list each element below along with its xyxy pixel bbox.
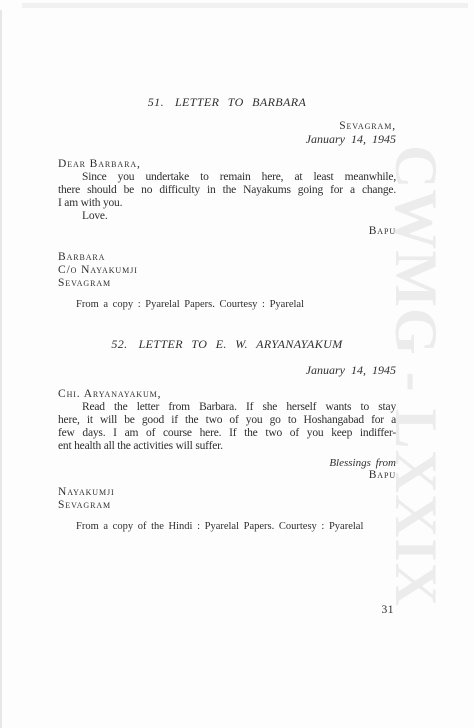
letter-51-title: LETTER TO BARBARA (175, 95, 306, 109)
letter-51-salutation: Dear Barbara, (58, 158, 396, 171)
letter-51-heading: 51.LETTER TO BARBARA (58, 95, 396, 109)
address-line: Sevagram (58, 499, 396, 512)
letter-51-source: From a copy : Pyarelal Papers. Courtesy … (58, 299, 396, 311)
address-line: C/o Nayakumji (58, 264, 396, 277)
address-line: Sevagram (58, 277, 396, 290)
letter-52-source: From a copy of the Hindi : Pyarelal Pape… (58, 521, 396, 533)
letter-51: 51.LETTER TO BARBARA Sevagram, January 1… (58, 95, 396, 311)
letter-52: 52.LETTER TO E. W. ARYANAYAKUM January 1… (58, 337, 396, 533)
letter-52-salutation: Chi. Aryanayakum, (58, 388, 396, 401)
letter-52-body: Read the letter from Barbara. If she her… (58, 401, 396, 453)
letter-52-signature: Bapu (58, 469, 396, 481)
body-line: Read the letter from Barbara. If she her… (58, 401, 396, 414)
letter-52-number: 52. (111, 337, 127, 351)
body-line: ent health all the activities will suffe… (58, 440, 396, 453)
body-line: I am with you. (58, 197, 396, 210)
letter-51-body: Since you undertake to remain here, at l… (58, 171, 396, 223)
letter-52-dateline: January 14, 1945 (58, 364, 396, 377)
body-line: few days. I am of course here. If the tw… (58, 427, 396, 440)
scan-edge-left (0, 10, 2, 728)
letter-51-dateline: Sevagram, January 14, 1945 (58, 120, 396, 146)
letter-51-address: Barbara C/o Nayakumji Sevagram (58, 251, 396, 290)
scanned-page: CWMG - LXXIX 51.LETTER TO BARBARA Sevagr… (0, 0, 474, 728)
letter-52-heading: 52.LETTER TO E. W. ARYANAYAKUM (58, 337, 396, 351)
letter-52-title: LETTER TO E. W. ARYANAYAKUM (139, 337, 343, 351)
letter-51-date: January 14, 1945 (58, 133, 396, 146)
page-content: 51.LETTER TO BARBARA Sevagram, January 1… (58, 0, 396, 533)
page-number: 31 (382, 604, 395, 616)
address-line: Nayakumji (58, 486, 396, 499)
letter-52-address: Nayakumji Sevagram (58, 486, 396, 512)
letter-52-blessing: Blessings from (58, 457, 396, 469)
body-line: here, it will be good if the two of you … (58, 414, 396, 427)
body-line: there should be no difficulty in the Nay… (58, 184, 396, 197)
letter-51-number: 51. (148, 95, 164, 109)
letter-52-date: January 14, 1945 (58, 364, 396, 377)
address-line: Barbara (58, 251, 396, 264)
letter-51-signature: Bapu (58, 225, 396, 238)
body-line: Since you undertake to remain here, at l… (58, 171, 396, 184)
letter-51-valediction: Love. (58, 210, 396, 223)
